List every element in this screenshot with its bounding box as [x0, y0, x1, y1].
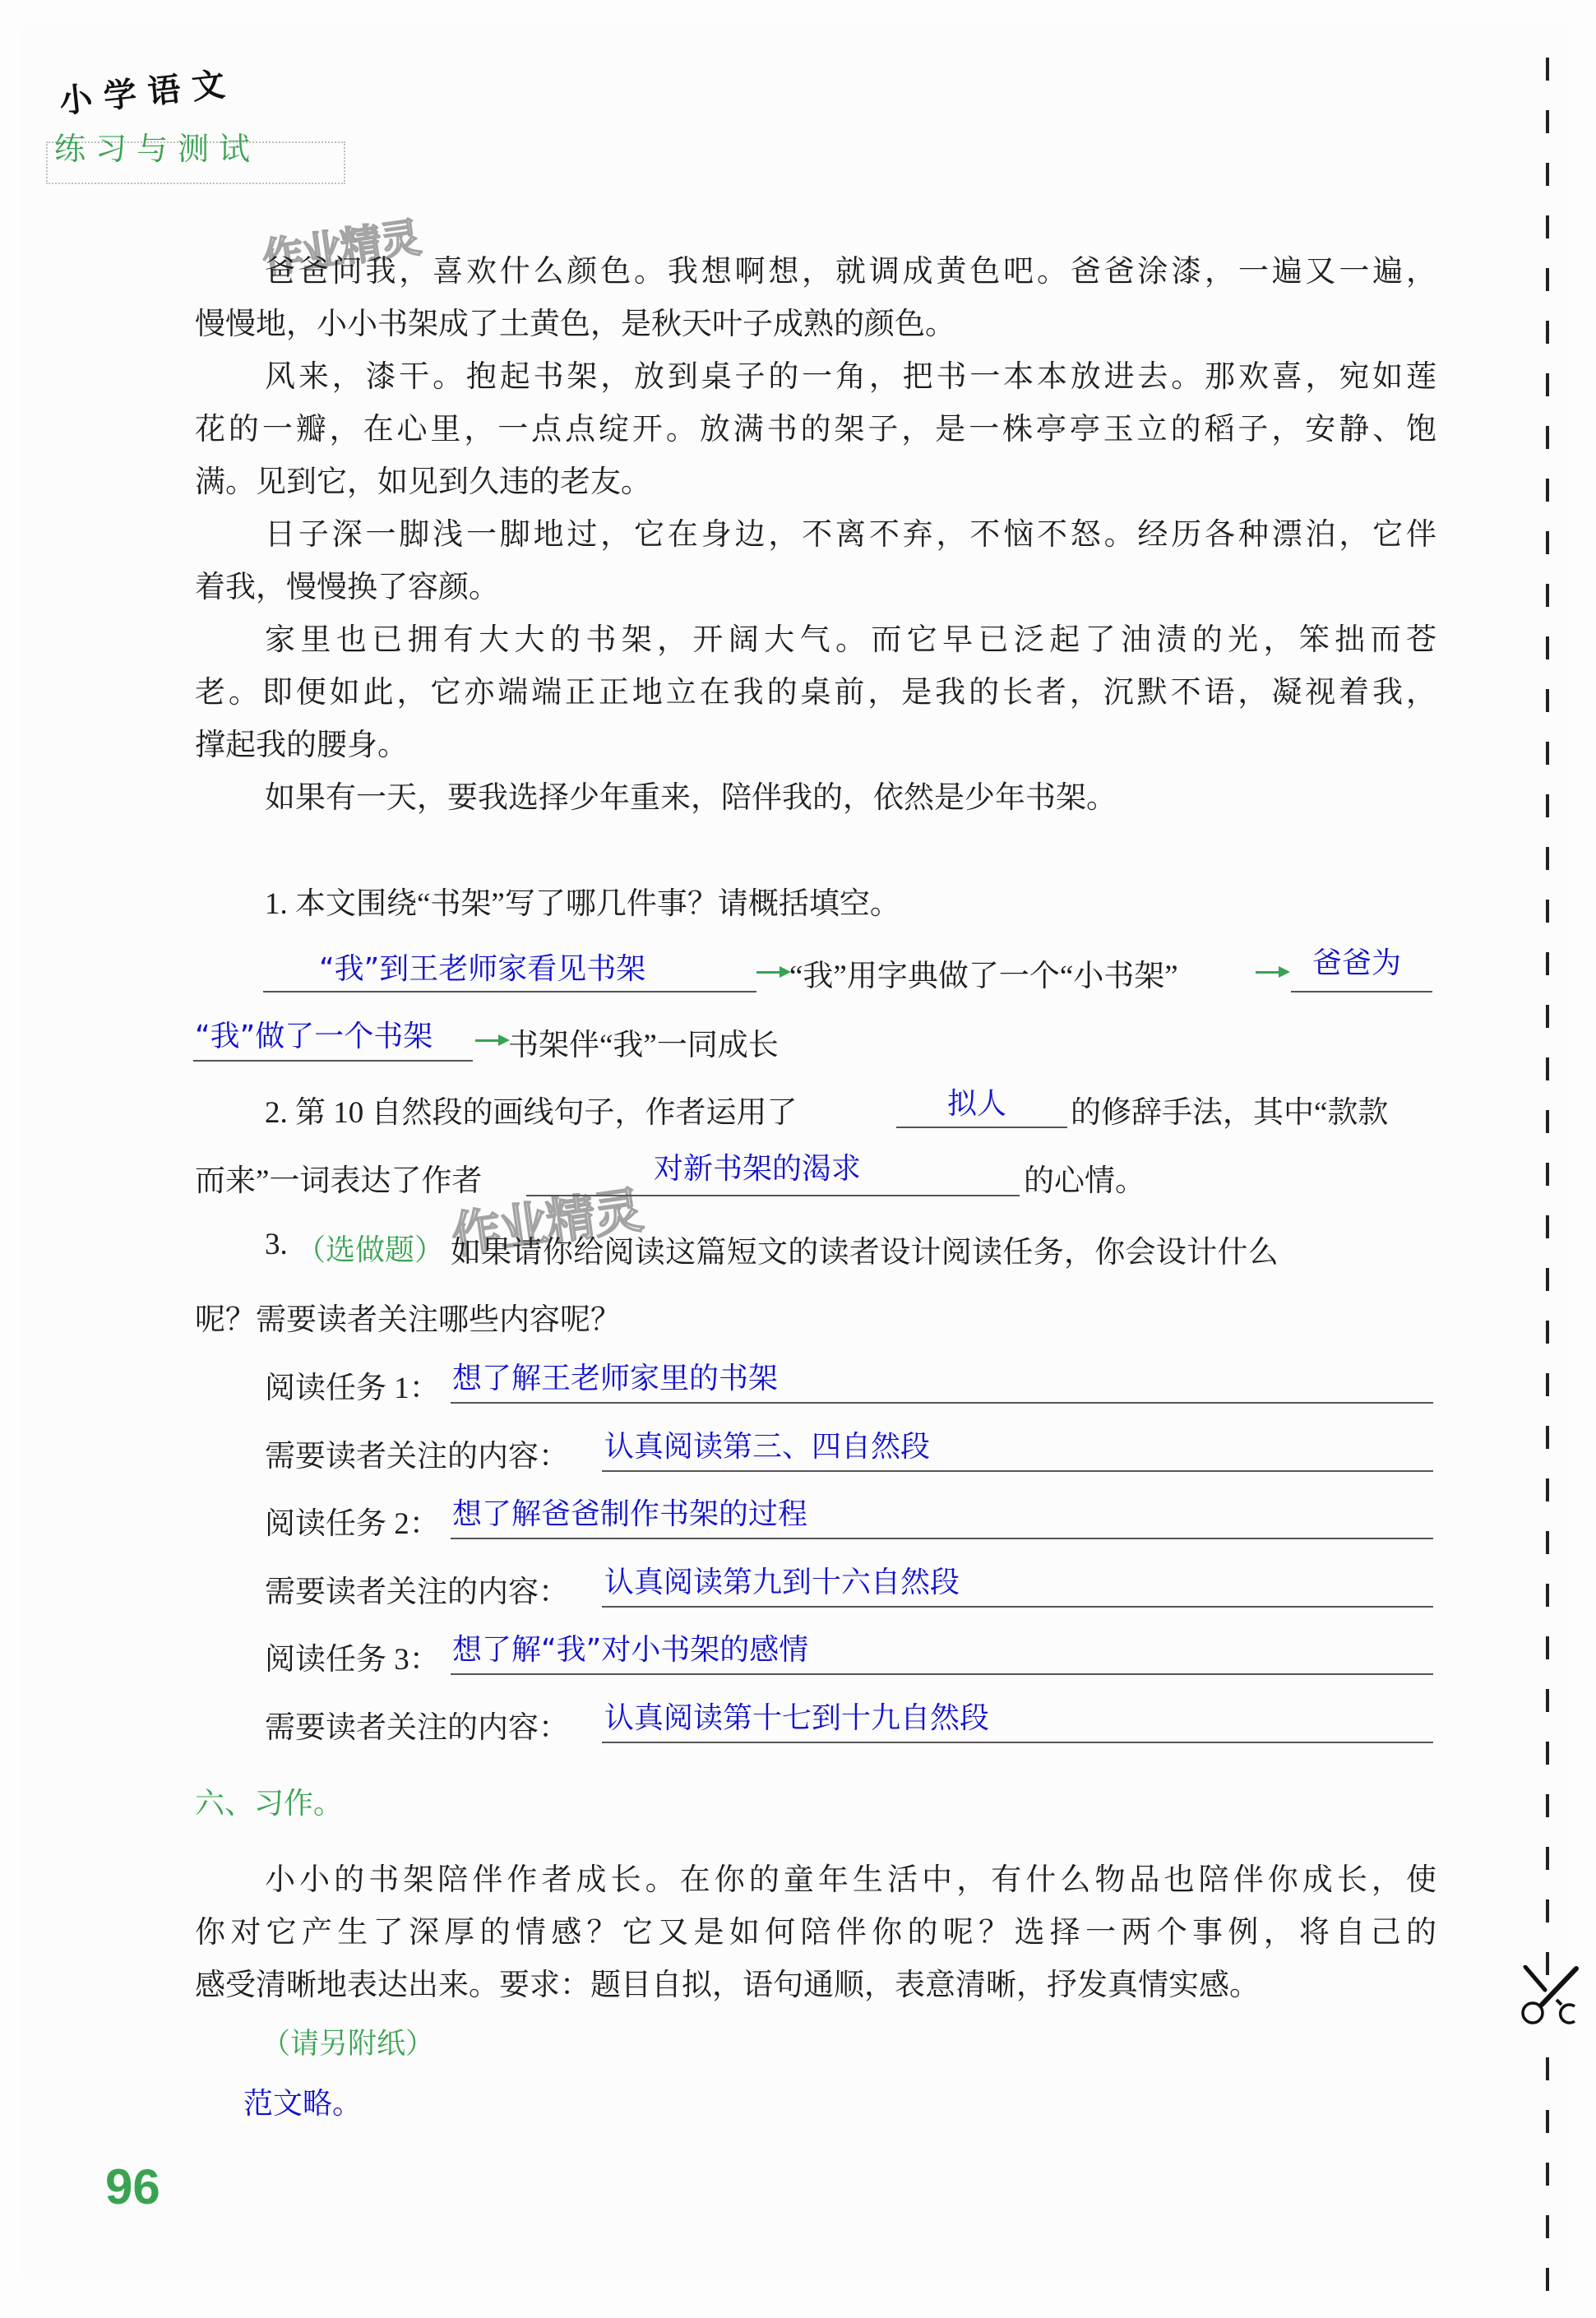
task-3-focus-label: 需要读者关注的内容：: [265, 1702, 569, 1747]
cut-line-dash: [1546, 1584, 1549, 1607]
q1-fixed-event-1: “我”用字典做了一个“小书架”: [789, 951, 1178, 995]
passage-line: 日子深一脚浅一脚地过，它在身边，不离不弃，不恼不怒。经历各种漂泊，它伴: [265, 515, 1436, 554]
cut-line-dash: [1546, 2163, 1549, 2186]
task-2-answer[interactable]: 想了解爸爸制作书架的过程: [452, 1491, 807, 1533]
section-heading-writing: 六、习作。: [195, 1780, 343, 1822]
q1-answer-1[interactable]: “我”到王老师家看见书架: [319, 946, 645, 988]
task-2-focus-label: 需要读者关注的内容：: [265, 1566, 569, 1611]
passage-line: 如果有一天，要我选择少年重来，陪伴我的，依然是少年书架。: [265, 778, 1436, 817]
q2-answer-1[interactable]: 拟人: [947, 1080, 1006, 1122]
cut-line-dash: [1546, 531, 1549, 554]
cut-line-dash: [1546, 1215, 1549, 1238]
cut-line-dash: [1546, 794, 1549, 817]
cut-line-dash: [1546, 1899, 1549, 1922]
cut-line-dash: [1546, 1373, 1549, 1396]
cut-line-dash: [1546, 321, 1549, 344]
cut-line-dash: [1546, 742, 1549, 765]
cut-line-dash: [1546, 1531, 1549, 1554]
cut-line-dash: [1546, 1689, 1549, 1712]
cut-line-dash: [1546, 1163, 1549, 1186]
cut-line-dash: [1546, 163, 1549, 186]
passage-line: 家里也已拥有大大的书架，开阔大气。而它早已泛起了油渍的光，笨拙而苍: [265, 620, 1436, 659]
cut-line-dash: [1546, 1057, 1549, 1080]
cut-line-dash: [1546, 900, 1549, 923]
passage-line: 撑起我的腰身。: [195, 725, 1436, 765]
cut-line-dash: [1546, 1268, 1549, 1291]
writing-prompt-line: 你对它产生了深厚的情感？它又是如何陪伴你的呢？选择一两个事例，将自己的: [195, 1913, 1436, 1952]
task-2-focus-underline: [602, 1606, 1433, 1608]
q1-fixed-event-2: 书架伴“我”一同成长: [508, 1020, 779, 1064]
cut-line-dash: [1546, 58, 1549, 81]
passage-line: 老。即便如此，它亦端端正正地立在我的桌前，是我的长者，沉默不语，凝视着我，: [195, 673, 1436, 712]
question-1-prompt: 1. 本文围绕“书架”写了哪几件事？请概括填空。: [265, 885, 1436, 924]
cut-line-dash: [1546, 479, 1549, 502]
task-2-label: 阅读任务 2：: [265, 1498, 440, 1543]
q3-prompt-1: 如果请你给阅读这篇短文的读者设计阅读任务，你会设计什么: [451, 1227, 1279, 1271]
q2-suffix-2: 的心情。: [1024, 1155, 1145, 1200]
task-1-answer[interactable]: 想了解王老师家里的书架: [452, 1355, 778, 1397]
cut-line-dash: [1546, 426, 1549, 449]
task-2-focus-answer[interactable]: 认真阅读第九到十六自然段: [604, 1559, 960, 1601]
cut-line-dash: [1546, 373, 1549, 396]
task-3-focus-underline: [602, 1742, 1433, 1743]
cut-line-dash: [1546, 1478, 1549, 1501]
flow-arrow-icon: [1256, 971, 1280, 974]
writing-prompt-line: 感受清晰地表达出来。要求：题目自拟，语句通顺，表意清晰，抒发真情实感。: [195, 1965, 1436, 2005]
passage-line: 花的一瓣，在心里，一点点绽开。放满书的架子，是一株亭亭玉立的稻子，安静、饱: [195, 409, 1436, 449]
task-1-underline: [451, 1402, 1433, 1404]
task-1-focus-answer[interactable]: 认真阅读第三、四自然段: [604, 1423, 930, 1465]
cut-line-dash: [1546, 2057, 1549, 2080]
task-3-label: 阅读任务 3：: [265, 1634, 440, 1678]
cut-line-dash: [1546, 952, 1549, 975]
task-3-answer[interactable]: 想了解“我”对小书架的感情: [452, 1626, 808, 1668]
book-subtitle: 练习与测试: [54, 123, 260, 169]
q3-optional-tag: （选做题）: [296, 1227, 444, 1269]
cut-line-dash: [1546, 110, 1549, 133]
page-number: 96: [105, 2158, 160, 2215]
cut-line-dash: [1546, 2110, 1549, 2133]
cut-line-dash: [1546, 1636, 1549, 1659]
cut-line-dash: [1546, 268, 1549, 291]
q1-answer-2a[interactable]: 爸爸为: [1312, 940, 1401, 982]
passage-line: 爸爸问我，喜欢什么颜色。我想啊想，就调成黄色吧。爸爸涂漆，一遍又一遍，: [265, 252, 1436, 291]
passage-line: 着我，慢慢换了容颜。: [195, 567, 1436, 607]
passage-line: 满。见到它，如见到久违的老友。: [195, 462, 1436, 502]
q3-prompt-2: 呢？需要读者关注哪些内容呢？: [195, 1294, 621, 1339]
scissors-icon: [1517, 1965, 1579, 2031]
cut-line-dash: [1546, 1110, 1549, 1133]
q1-answer-2b[interactable]: “我”做了一个书架: [195, 1013, 433, 1055]
q2-suffix-1: 的修辞手法，其中“款款: [1071, 1087, 1388, 1131]
q2-prefix-1: 2. 第 10 自然段的画线句子，作者运用了: [265, 1087, 798, 1131]
cut-line-dash: [1546, 584, 1549, 607]
cut-line-dash: [1546, 2215, 1549, 2238]
q1-blank-2b-underline: [193, 1060, 473, 1062]
cut-line-dash: [1546, 1742, 1549, 1765]
q2-blank-1-underline: [896, 1127, 1067, 1128]
task-3-focus-answer[interactable]: 认真阅读第十七到十九自然段: [604, 1695, 989, 1737]
writing-answer[interactable]: 范文略。: [243, 2080, 362, 2122]
cut-line-dash: [1546, 1321, 1549, 1344]
cut-line-dash: [1546, 1794, 1549, 1817]
q1-blank-2-underline: [1291, 991, 1432, 992]
cut-line-dash: [1546, 1426, 1549, 1449]
writing-prompt-line: 小小的书架陪伴作者成长。在你的童年生活中，有什么物品也陪伴你成长，使: [265, 1860, 1436, 1899]
cut-line-dash: [1546, 2268, 1549, 2291]
cut-line-dash: [1546, 1847, 1549, 1870]
task-2-underline: [451, 1538, 1433, 1539]
q1-blank-1-underline: [263, 991, 756, 992]
passage-line: 风来，漆干。抱起书架，放到桌子的一角，把书一本本放进去。那欢喜，宛如莲: [265, 357, 1436, 396]
q3-number: 3.: [265, 1227, 288, 1262]
passage-line: 慢慢地，小小书架成了土黄色，是秋天叶子成熟的颜色。: [195, 304, 1436, 344]
cut-line-dash: [1546, 215, 1549, 238]
cut-line-dash: [1546, 689, 1549, 712]
task-1-focus-label: 需要读者关注的内容：: [265, 1431, 569, 1475]
q2-prefix-2: 而来”一词表达了作者: [195, 1155, 482, 1200]
task-3-underline: [451, 1673, 1433, 1675]
flow-arrow-icon: [475, 1039, 500, 1042]
cut-line-dash: [1546, 847, 1549, 870]
attach-paper-note: （请另附纸）: [261, 2021, 434, 2062]
task-1-label: 阅读任务 1：: [265, 1363, 440, 1407]
task-1-focus-underline: [602, 1470, 1433, 1472]
q2-answer-2[interactable]: 对新书架的渴求: [654, 1145, 861, 1187]
q2-blank-2-underline: [526, 1195, 1020, 1196]
cut-line-dash: [1546, 636, 1549, 659]
flow-arrow-icon: [756, 971, 781, 974]
cut-line-dash: [1546, 1005, 1549, 1028]
